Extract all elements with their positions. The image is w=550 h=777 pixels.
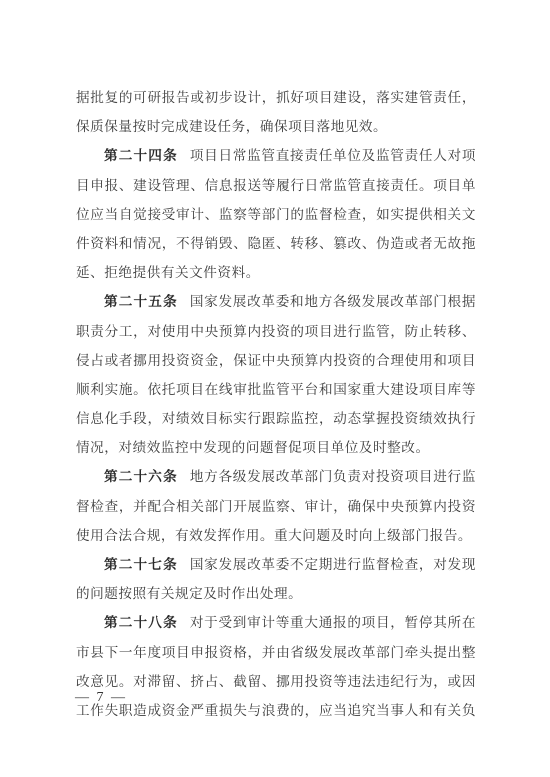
article-24-first-line: 第二十四条项目日常监管直接责任单位及监管责任人对项	[76, 142, 476, 171]
page-number: — 7 —	[75, 690, 127, 706]
article-text: 地方各级发展改革部门负责对投资项目进行监	[190, 469, 476, 485]
article-text: 项目日常监管直接责任单位及监管责任人对项	[190, 148, 476, 164]
article-27-first-line: 第二十七条国家发展改革委不定期进行监督检查，对发现	[76, 551, 476, 580]
text-line: 延、拒绝提供有关文件资料。	[76, 259, 476, 288]
text-line: 保质保量按时完成建设任务，确保项目落地见效。	[76, 113, 476, 142]
article-number: 第二十六条	[104, 469, 178, 485]
text-line: 据批复的可研报告或初步设计，抓好项目建设，落实建管责任，	[76, 84, 476, 113]
text-line: 目申报、建设管理、信息报送等履行日常监管直接责任。项目单	[76, 172, 476, 201]
article-text: 国家发展改革委和地方各级发展改革部门根据	[190, 294, 476, 310]
article-28-first-line: 第二十八条对于受到审计等重大通报的项目，暂停其所在	[76, 609, 476, 638]
document-page: 据批复的可研报告或初步设计，抓好项目建设，落实建管责任， 保质保量按时完成建设任…	[0, 0, 550, 777]
text-line: 督检查，并配合相关部门开展监察、审计，确保中央预算内投资	[76, 493, 476, 522]
text-line: 职责分工，对使用中央预算内投资的项目进行监管，防止转移、	[76, 318, 476, 347]
article-text: 国家发展改革委不定期进行监督检查，对发现	[190, 557, 476, 573]
article-text: 对于受到审计等重大通报的项目，暂停其所在	[190, 615, 476, 631]
text-line: 使用合法合规，有效发挥作用。重大问题及时向上级部门报告。	[76, 522, 476, 551]
text-line: 情况，对绩效监控中发现的问题督促项目单位及时整改。	[76, 434, 476, 463]
text-line: 改意见。对滞留、挤占、截留、挪用投资等违法违纪行为，或因	[76, 668, 476, 697]
text-line: 信息化手段，对绩效目标实行跟踪监控，动态掌握投资绩效执行	[76, 405, 476, 434]
document-body: 据批复的可研报告或初步设计，抓好项目建设，落实建管责任， 保质保量按时完成建设任…	[76, 84, 476, 726]
text-line: 侵占或者挪用投资资金，保证中央预算内投资的合理使用和项目	[76, 347, 476, 376]
article-25-first-line: 第二十五条国家发展改革委和地方各级发展改革部门根据	[76, 288, 476, 317]
article-number: 第二十八条	[104, 615, 178, 631]
article-26-first-line: 第二十六条地方各级发展改革部门负责对投资项目进行监	[76, 463, 476, 492]
article-number: 第二十四条	[104, 148, 178, 164]
text-line: 的问题按照有关规定及时作出处理。	[76, 580, 476, 609]
text-line: 顺利实施。依托项目在线审批监管平台和国家重大建设项目库等	[76, 376, 476, 405]
article-number: 第二十五条	[104, 294, 178, 310]
text-line: 工作失职造成资金严重损失与浪费的，应当追究当事人和有关负	[76, 697, 476, 726]
text-line: 市县下一年度项目申报资格，并由省级发展改革部门牵头提出整	[76, 639, 476, 668]
text-line: 位应当自觉接受审计、监察等部门的监督检查，如实提供相关文	[76, 201, 476, 230]
article-number: 第二十七条	[104, 557, 178, 573]
text-line: 件资料和情况，不得销毁、隐匿、转移、篡改、伪造或者无故拖	[76, 230, 476, 259]
